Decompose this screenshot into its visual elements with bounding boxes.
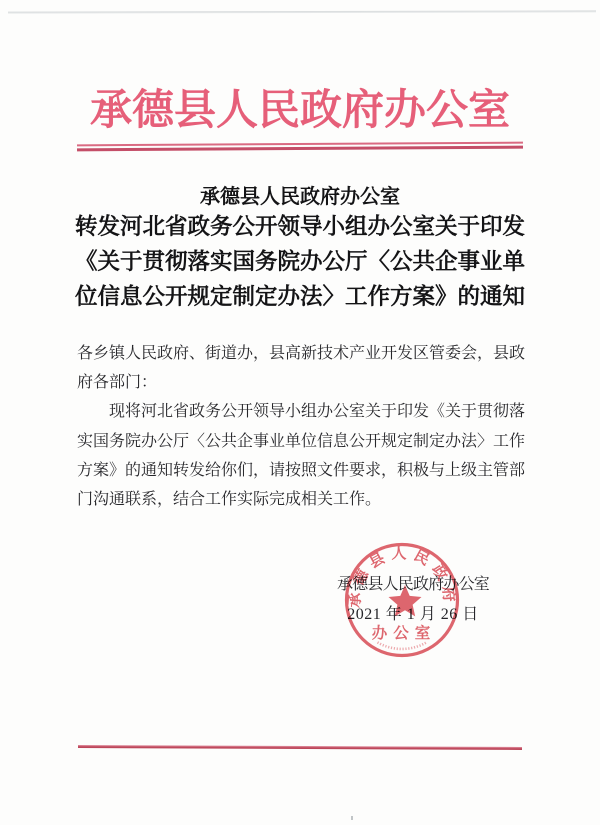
document-body: 各乡镇人民政府、街道办，县高新技术产业开发区管委会，县政府各部门： 现将河北省政… [77, 339, 525, 514]
scan-speck [351, 816, 353, 820]
seal-code-marks [378, 642, 427, 649]
letterhead-title: 承德县人民政府办公室 [0, 86, 600, 136]
document-title: 转发河北省政务公开领导小组办公室关于印发 《关于贯彻落实国务院办公厅〈公共企事业… [0, 209, 600, 314]
main-paragraph: 现将河北省政务公开领导小组办公室关于印发《关于贯彻落实国务院办公厅〈公共企事业单… [77, 397, 525, 514]
scan-edge-artifact [8, 10, 596, 13]
document-title-line-3: 位信息公开规定制定办法〉工作方案》的通知 [0, 279, 600, 314]
closing-block: 承德县人民政府办公室 2021 年 1 月 26 日 [337, 570, 489, 630]
salutation-paragraph: 各乡镇人民政府、街道办，县高新技术产业开发区管委会，县政府各部门： [77, 339, 525, 397]
footer-rule [78, 745, 522, 750]
scanned-document-page: 承德县人民政府办公室 承德县人民政府办公室 转发河北省政务公开领导小组办公室关于… [0, 0, 600, 825]
letterhead-double-rule [77, 142, 523, 151]
signature-date: 2021 年 1 月 26 日 [337, 600, 489, 630]
document-title-line-2: 《关于贯彻落实国务院办公厅〈公共企事业单 [0, 244, 600, 279]
document-title-org-line: 承德县人民政府办公室 [0, 180, 600, 209]
signature-org-name: 承德县人民政府办公室 [337, 570, 489, 600]
document-title-line-1: 转发河北省政务公开领导小组办公室关于印发 [0, 209, 600, 244]
